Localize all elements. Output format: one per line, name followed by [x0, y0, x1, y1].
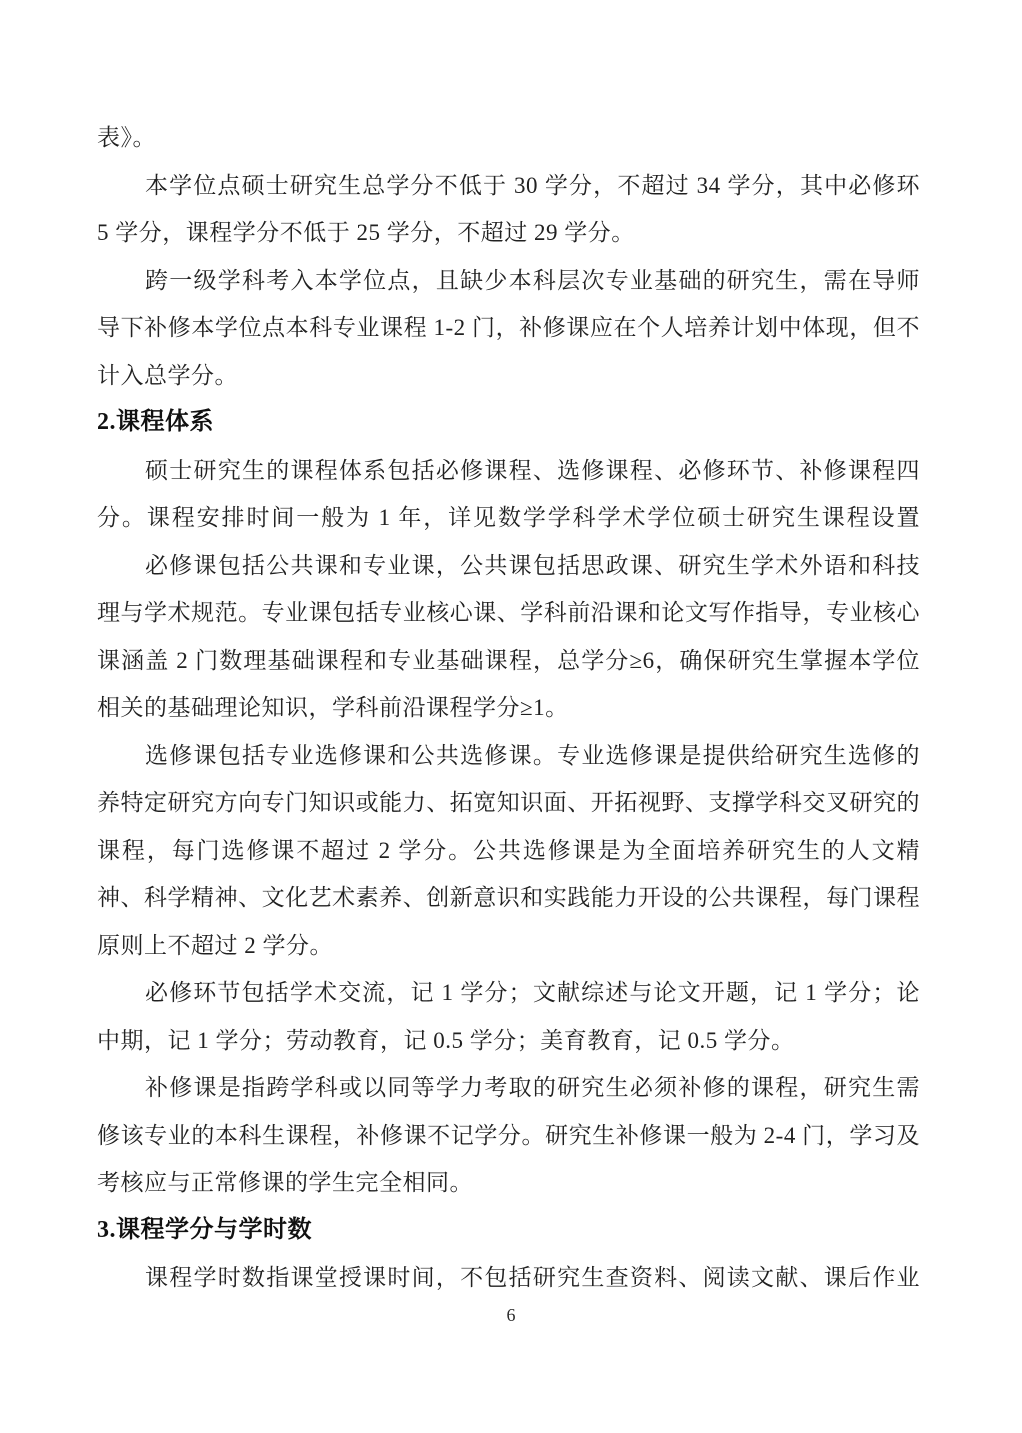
page-footer: 6: [0, 1302, 1022, 1328]
body-text-line: 选修课包括专业选修课和公共选修课。专业选修课是提供给研究生选修的培: [97, 732, 920, 780]
body-text-line: 本学位点硕士研究生总学分不低于 30 学分，不超过 34 学分，其中必修环节: [97, 162, 920, 210]
body-text-line: 导下补修本学位点本科专业课程 1-2 门，补修课应在个人培养计划中体现，但不: [97, 304, 920, 352]
section-heading: 2.课程体系: [97, 399, 920, 447]
page-number: 6: [507, 1305, 516, 1325]
body-text-line: 养特定研究方向专门知识或能力、拓宽知识面、开拓视野、支撑学科交叉研究的: [97, 779, 920, 827]
body-text-line: 必修环节包括学术交流，记 1 学分；文献综述与论文开题，记 1 学分；论文: [97, 969, 920, 1017]
body-text-line: 课程，每门选修课不超过 2 学分。公共选修课是为全面培养研究生的人文精: [97, 827, 920, 875]
body-text-line: 必修课包括公共课和专业课，公共课包括思政课、研究生学术外语和科技伦: [97, 542, 920, 590]
body-text-line: 修该专业的本科生课程，补修课不记学分。研究生补修课一般为 2-4 门，学习及: [97, 1112, 920, 1160]
body-text-line: 5 学分，课程学分不低于 25 学分，不超过 29 学分。: [97, 209, 920, 257]
body-text-line: 补修课是指跨学科或以同等学力考取的研究生必须补修的课程，研究生需补: [97, 1064, 920, 1112]
body-text-line: 分。课程安排时间一般为 1 年，详见数学学科学术学位硕士研究生课程设置表。: [97, 494, 920, 542]
section-heading: 3.课程学分与学时数: [97, 1207, 920, 1255]
body-text-line: 理与学术规范。专业课包括专业核心课、学科前沿课和论文写作指导，专业核心: [97, 589, 920, 637]
body-text-line: 原则上不超过 2 学分。: [97, 922, 920, 970]
body-text-line: 考核应与正常修课的学生完全相同。: [97, 1159, 920, 1207]
body-text-line: 课涵盖 2 门数理基础课程和专业基础课程，总学分≥6，确保研究生掌握本学位点: [97, 637, 920, 685]
body-text-line: 中期，记 1 学分；劳动教育，记 0.5 学分；美育教育，记 0.5 学分。: [97, 1017, 920, 1065]
document-page: 表》。本学位点硕士研究生总学分不低于 30 学分，不超过 34 学分，其中必修环…: [0, 0, 1022, 1433]
body-text-line: 相关的基础理论知识，学科前沿课程学分≥1。: [97, 684, 920, 732]
body-text-line: 跨一级学科考入本学位点，且缺少本科层次专业基础的研究生，需在导师指: [97, 257, 920, 305]
body-text-line: 计入总学分。: [97, 352, 920, 400]
body-text-line: 硕士研究生的课程体系包括必修课程、选修课程、必修环节、补修课程四部: [97, 447, 920, 495]
document-body: 表》。本学位点硕士研究生总学分不低于 30 学分，不超过 34 学分，其中必修环…: [97, 114, 920, 1302]
body-text-line: 课程学时数指课堂授课时间，不包括研究生查资料、阅读文献、课后作业等: [97, 1254, 920, 1302]
body-text-line: 表》。: [97, 114, 920, 162]
body-text-line: 神、科学精神、文化艺术素养、创新意识和实践能力开设的公共课程，每门课程: [97, 874, 920, 922]
